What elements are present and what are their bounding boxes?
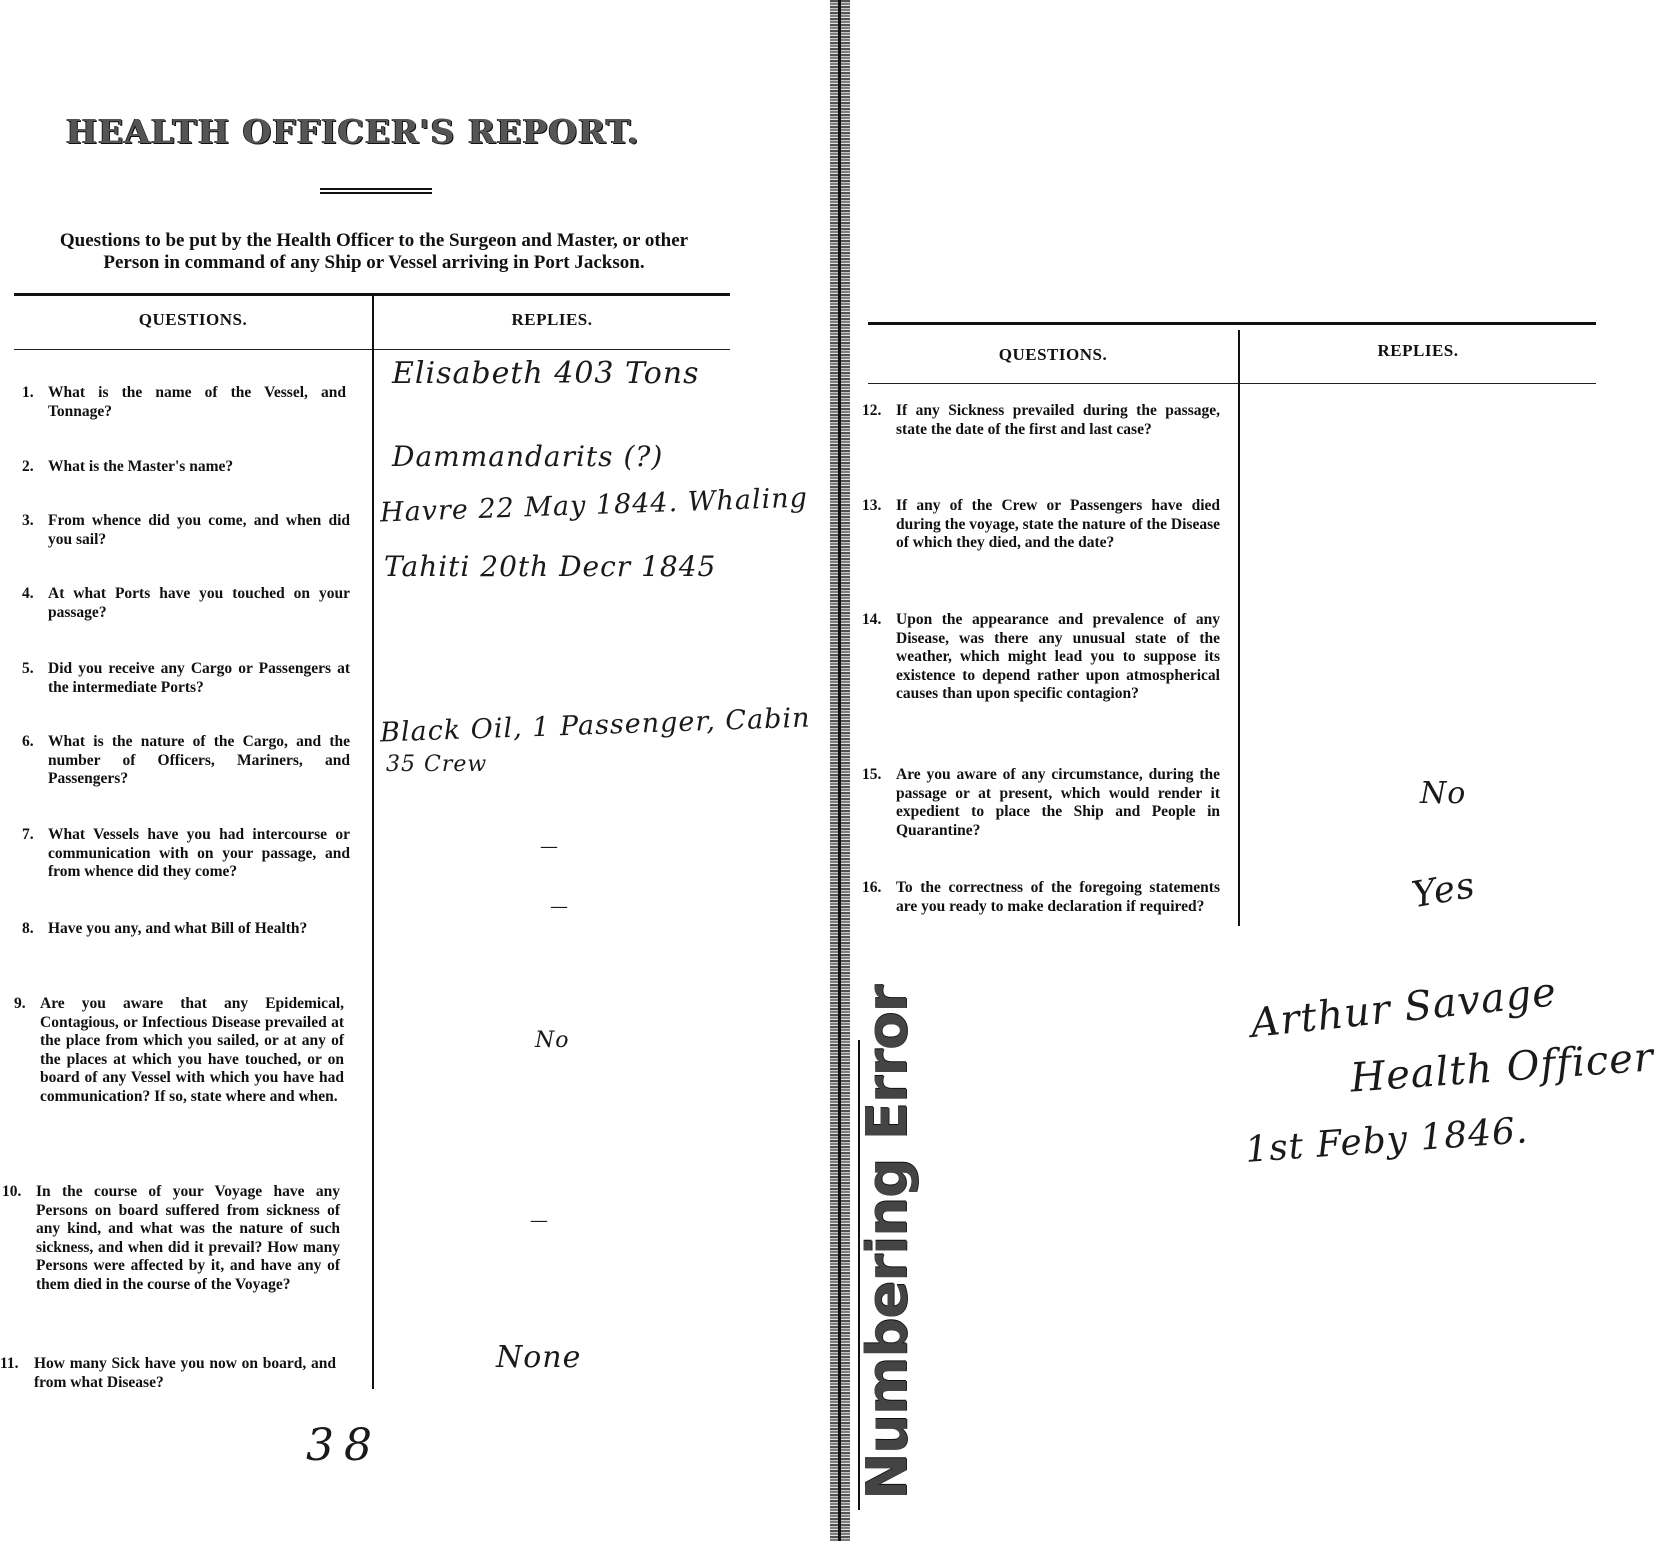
right-questions-header: QUESTIONS. [868,345,1238,365]
question-8: 8.Have you any, and what Bill of Health? [22,920,348,939]
question-6: 6.What is the nature of the Cargo, and t… [22,733,350,789]
reply-10: — [530,1210,549,1231]
signature-date: 1st Feby 1846. [1244,1110,1530,1171]
question-16: 16.To the correctness of the foregoing s… [862,879,1220,916]
question-3: 3.From whence did you come, and when did… [22,512,350,549]
column-divider [372,294,374,1389]
questions-header: QUESTIONS. [14,310,372,330]
reply-16: Yes [1409,865,1479,916]
reply-8: — [550,896,569,917]
question-15: 15.Are you aware of any circumstance, du… [862,766,1220,840]
right-header-bottom-rule [868,383,1596,384]
right-column-divider [1238,330,1240,926]
question-10: 10.In the course of your Voyage have any… [2,1183,340,1294]
reply-11: None [496,1340,581,1375]
question-11: 11.How many Sick have you now on board, … [0,1355,336,1392]
question-12: 12.If any Sickness prevailed during the … [862,402,1220,439]
page-number: 38 [306,1420,382,1471]
replies-header: REPLIES. [374,310,730,330]
question-5: 5.Did you receive any Cargo or Passenger… [22,660,350,697]
title-divider [320,188,432,194]
question-14: 14.Upon the appearance and prevalence of… [862,611,1220,704]
signature-role: Health Officer [1349,1034,1656,1101]
reply-3: Havre 22 May 1844. Whaling [380,483,809,529]
numbering-error-stamp: Numbering Error [855,986,920,1500]
right-replies-header: REPLIES. [1240,341,1596,361]
reply-2: Dammandarits (?) [392,440,663,473]
reply-7: — [540,836,559,857]
report-subtitle: Questions to be put by the Health Office… [14,230,734,274]
report-title: HEALTH OFFICER'S REPORT. [66,112,686,151]
subtitle-line-2: Person in command of any Ship or Vessel … [14,252,734,274]
question-9: 9.Are you aware that any Epidemical, Con… [14,995,344,1106]
question-2: 2.What is the Master's name? [22,458,346,477]
reply-1: Elisabeth 403 Tons [392,356,700,391]
question-7: 7.What Vessels have you had intercourse … [22,826,350,882]
reply-15: No [1420,776,1466,811]
binding-edge [838,0,841,1541]
left-page: HEALTH OFFICER'S REPORT. Questions to be… [0,0,830,1541]
reply-6-crew: 35 Crew [386,752,487,777]
reply-6: Black Oil, 1 Passenger, Cabin [380,702,811,748]
reply-9: No [535,1028,570,1053]
question-4: 4.At what Ports have you touched on your… [22,585,350,622]
reply-4: Tahiti 20th Decr 1845 [384,550,716,583]
signature-name: Arthur Savage [1248,969,1559,1047]
question-1: 1.What is the name of the Vessel, and To… [22,384,346,421]
subtitle-line-1: Questions to be put by the Health Office… [14,230,734,252]
question-13: 13.If any of the Crew or Passengers have… [862,497,1220,553]
right-table-top-rule [868,322,1596,325]
